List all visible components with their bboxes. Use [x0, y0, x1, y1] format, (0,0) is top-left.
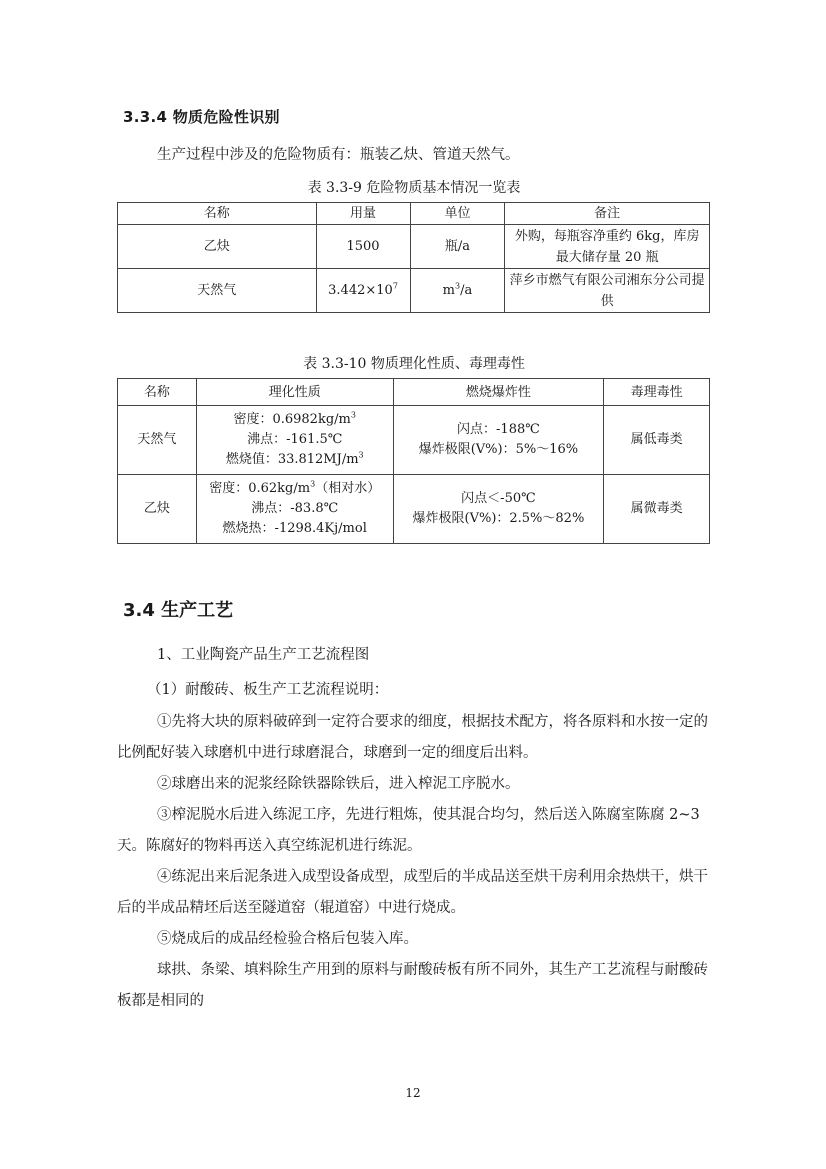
amount-base: 3.442×10	[328, 283, 393, 298]
table-3-3-10-caption: 表 3.3-10 物质理化性质、毒理毒性	[117, 353, 711, 373]
closing-paragraph: 球拱、条梁、填料除生产用到的原料与耐酸砖板有所不同外，其生产工艺流程与耐酸砖板都…	[117, 955, 711, 1017]
step-5: ⑤烧成后的成品经检验合格后包装入库。	[117, 924, 711, 955]
col-header-unit: 单位	[410, 203, 505, 225]
cell-flammability: 闪点：-188℃ 爆炸极限(V%)：5%～16%	[393, 406, 604, 475]
explosion-limit: 爆炸极限(V%)：2.5%～82%	[398, 509, 600, 529]
col-header-physchem: 理化性质	[196, 379, 393, 406]
col-header-toxicity: 毒理毒性	[604, 379, 710, 406]
table-header-row: 名称 理化性质 燃烧爆炸性 毒理毒性	[118, 379, 710, 406]
table-row: 乙炔 1500 瓶/a 外购，每瓶容净重约 6kg，库房最大储存量 20 瓶	[118, 225, 710, 269]
cell-name: 乙炔	[118, 225, 317, 269]
cell-flammability: 闪点＜-50℃ 爆炸极限(V%)：2.5%～82%	[393, 475, 604, 544]
cell-unit: 瓶/a	[410, 225, 505, 269]
density-line: 密度：0.6982kg/m3	[201, 410, 389, 430]
step-3: ③榨泥脱水后进入练泥工序，先进行粗炼，使其混合均匀，然后送入陈腐室陈腐 2~3 …	[117, 800, 711, 862]
col-header-name: 名称	[118, 379, 197, 406]
heat-exp: 3	[359, 451, 364, 460]
hazard-intro-paragraph: 生产过程中涉及的危险物质有：瓶装乙炔、管道天然气。	[117, 140, 711, 171]
cell-toxicity: 属微毒类	[604, 475, 710, 544]
cell-note: 萍乡市燃气有限公司湘东分公司提供	[505, 269, 710, 313]
section-heading-3-4: 3.4 生产工艺	[123, 596, 233, 622]
unit-base: m	[443, 283, 455, 298]
table-3-3-9-caption: 表 3.3-9 危险物质基本情况一览表	[117, 177, 711, 197]
section-heading-3-3-4: 3.3.4 物质危险性识别	[123, 106, 280, 127]
amount-exponent: 7	[393, 282, 398, 291]
col-header-amount: 用量	[316, 203, 410, 225]
heat-line: 燃烧值：33.812MJ/m3	[201, 450, 389, 470]
heat-text: 燃烧热：-1298.4Kj/mol	[223, 521, 367, 536]
heat-text: 燃烧值：33.812MJ/m	[226, 452, 359, 467]
density-text: 密度：0.62kg/m	[209, 481, 310, 496]
cell-amount: 3.442×107	[316, 269, 410, 313]
cell-name: 天然气	[118, 269, 317, 313]
page-number: 12	[0, 1086, 826, 1100]
boiling-line: 沸点：-83.8℃	[201, 499, 389, 519]
table-row: 天然气 3.442×107 m3/a 萍乡市燃气有限公司湘东分公司提供	[118, 269, 710, 313]
substance-properties-table: 名称 理化性质 燃烧爆炸性 毒理毒性 天然气 密度：0.6982kg/m3 沸点…	[117, 378, 710, 544]
table-row: 乙炔 密度：0.62kg/m3（相对水） 沸点：-83.8℃ 燃烧热：-1298…	[118, 475, 710, 544]
step-1: ①先将大块的原料破碎到一定符合要求的细度，根据技术配方，将各原料和水按一定的比例…	[117, 707, 711, 769]
cell-name: 天然气	[118, 406, 197, 475]
density-post: （相对水）	[315, 481, 380, 496]
cell-name: 乙炔	[118, 475, 197, 544]
flash-point: 闪点：-188℃	[398, 420, 600, 440]
cell-physchem: 密度：0.62kg/m3（相对水） 沸点：-83.8℃ 燃烧热：-1298.4K…	[196, 475, 393, 544]
boiling-line: 沸点：-161.5℃	[201, 430, 389, 450]
explosion-limit: 爆炸极限(V%)：5%～16%	[398, 440, 600, 460]
cell-unit: m3/a	[410, 269, 505, 313]
sub-1-heading: （1）耐酸砖、板生产工艺流程说明：	[117, 675, 711, 706]
density-text: 密度：0.6982kg/m	[233, 412, 350, 427]
step-4: ④练泥出来后泥条进入成型设备成型，成型后的半成品送至烘干房利用余热烘干，烘干后的…	[117, 862, 711, 924]
unit-tail: /a	[460, 283, 472, 298]
step-2: ②球磨出来的泥浆经除铁器除铁后，进入榨泥工序脱水。	[117, 769, 711, 800]
cell-note: 外购，每瓶容净重约 6kg，库房最大储存量 20 瓶	[505, 225, 710, 269]
col-header-name: 名称	[118, 203, 317, 225]
col-header-note: 备注	[505, 203, 710, 225]
heat-line: 燃烧热：-1298.4Kj/mol	[201, 519, 389, 539]
cell-toxicity: 属低毒类	[604, 406, 710, 475]
item-1-heading: 1、工业陶瓷产品生产工艺流程图	[117, 640, 711, 671]
cell-physchem: 密度：0.6982kg/m3 沸点：-161.5℃ 燃烧值：33.812MJ/m…	[196, 406, 393, 475]
col-header-flammability: 燃烧爆炸性	[393, 379, 604, 406]
density-exp: 3	[351, 411, 356, 420]
flash-point: 闪点＜-50℃	[398, 489, 600, 509]
table-header-row: 名称 用量 单位 备注	[118, 203, 710, 225]
cell-amount: 1500	[316, 225, 410, 269]
hazard-substances-table: 名称 用量 单位 备注 乙炔 1500 瓶/a 外购，每瓶容净重约 6kg，库房…	[117, 202, 710, 313]
density-line: 密度：0.62kg/m3（相对水）	[201, 479, 389, 499]
table-row: 天然气 密度：0.6982kg/m3 沸点：-161.5℃ 燃烧值：33.812…	[118, 406, 710, 475]
